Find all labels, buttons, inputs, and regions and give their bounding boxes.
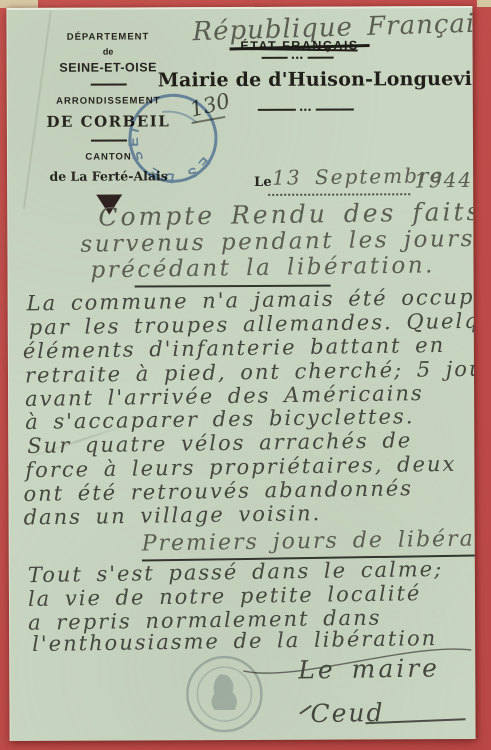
scan-edge-top-right: [477, 0, 491, 7]
mairie-stamp-icon: [182, 652, 266, 736]
ornament-bar: [308, 57, 334, 59]
section-heading: Premiers jours de libération.: [142, 528, 476, 556]
etat-francais-struck: ÉTAT FRANÇAIS: [236, 38, 364, 53]
divider-ornament: •••: [262, 57, 334, 59]
section-heading-text: Premiers jours de libération.: [142, 526, 476, 562]
svg-text:ES DE SEINE: ES DE SEINE: [115, 122, 232, 197]
signature-title: Le maire: [298, 655, 440, 682]
departement-de: de: [26, 46, 191, 57]
date-dotted-line: [268, 193, 410, 196]
ornament-bar: [262, 57, 288, 59]
date-le-label: Le: [254, 175, 271, 190]
archive-stamp-icon: ES DE SEINE: [115, 80, 232, 197]
scan-edge-top-left: [0, 0, 38, 8]
body-line: dans un village voisin.: [23, 503, 321, 528]
report-heading-line: précédant la libération.: [90, 254, 435, 282]
report-heading-line: Compte Rendu des faits: [98, 199, 475, 230]
document-paper: DÉPARTEMENT de SEINE-ET-OISE ARRONDISSEM…: [6, 6, 475, 741]
year-handwriting: 1944.: [414, 170, 476, 191]
divider-ornament: •••: [258, 109, 354, 111]
body-line: ont été retrouvés abandonnés: [23, 478, 413, 505]
archive-stamp-text: ES DE SEINE: [115, 122, 232, 197]
ornament-bar: [316, 109, 354, 111]
departement-label: DÉPARTEMENT: [26, 31, 191, 43]
ornament-bar: [258, 109, 296, 111]
